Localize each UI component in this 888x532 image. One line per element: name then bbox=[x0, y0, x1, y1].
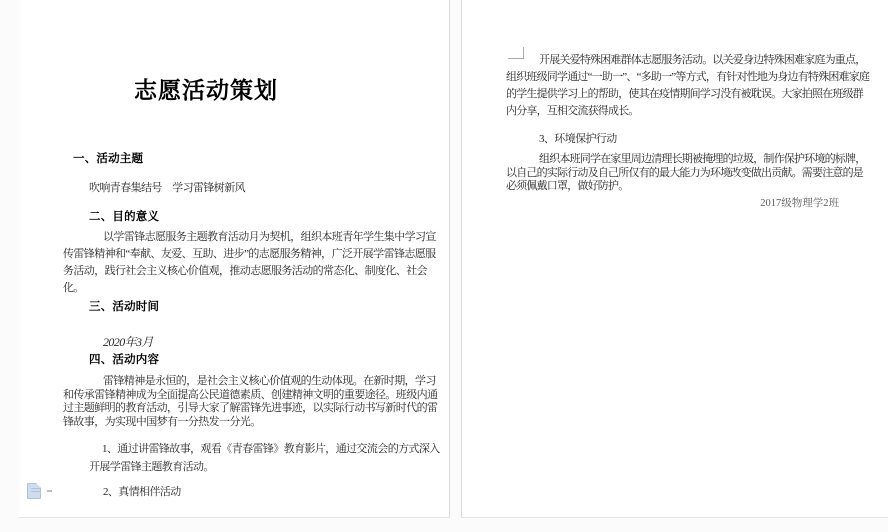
content-item-1: 1、通过讲雷锋故事，观看《青春雷锋》教育影片，通过交流会的方式深入开展学雷锋主题… bbox=[89, 440, 441, 476]
document-canvas: 志愿活动策划 一、活动主题 吹响青春集结号 学习雷锋树新风 二、目的意义 以学雷… bbox=[0, 0, 888, 532]
content-item-3: 3、环境保护行动 bbox=[539, 130, 859, 148]
document-title: 志愿活动策划 bbox=[134, 76, 278, 106]
section-heading-theme: 一、活动主题 bbox=[73, 152, 143, 166]
page-2[interactable]: 开展关爱特殊困难群体志愿服务活动。以关爱身边特殊困难家庭为重点，组织班级同学通过… bbox=[461, 0, 888, 518]
cursor-dash-icon bbox=[47, 490, 52, 492]
section-heading-time: 三、活动时间 bbox=[89, 300, 159, 314]
content-intro-paragraph: 雷锋精神是永恒的，是社会主义核心价值观的生动体现。在新时期，学习和传承雷锋精神成… bbox=[63, 375, 441, 429]
theme-slogan: 吹响青春集结号 学习雷锋树新风 bbox=[89, 181, 245, 195]
document-page-icon[interactable] bbox=[27, 483, 41, 499]
purpose-paragraph: 以学雷锋志愿服务主题教育活动月为契机，组织本班青年学生集中学习宣传雷锋精神和“奉… bbox=[63, 229, 441, 297]
section-heading-purpose: 二、目的意义 bbox=[89, 210, 159, 224]
page-1[interactable]: 志愿活动策划 一、活动主题 吹响青春集结号 学习雷锋树新风 二、目的意义 以学雷… bbox=[19, 0, 450, 518]
section-heading-content: 四、活动内容 bbox=[89, 353, 159, 367]
special-care-paragraph: 开展关爱特殊困难群体志愿服务活动。以关爱身边特殊困难家庭为重点，组织班级同学通过… bbox=[506, 52, 872, 120]
class-signature: 2017级物理学2班 bbox=[506, 195, 839, 210]
activity-time: 2020年3月 bbox=[103, 335, 153, 349]
environment-paragraph: 组织本班同学在家里周边清理长期被掩埋的垃圾，制作保护环境的标牌，以自己的实际行动… bbox=[506, 153, 872, 194]
content-item-2: 2、真情相伴活动 bbox=[103, 483, 443, 501]
